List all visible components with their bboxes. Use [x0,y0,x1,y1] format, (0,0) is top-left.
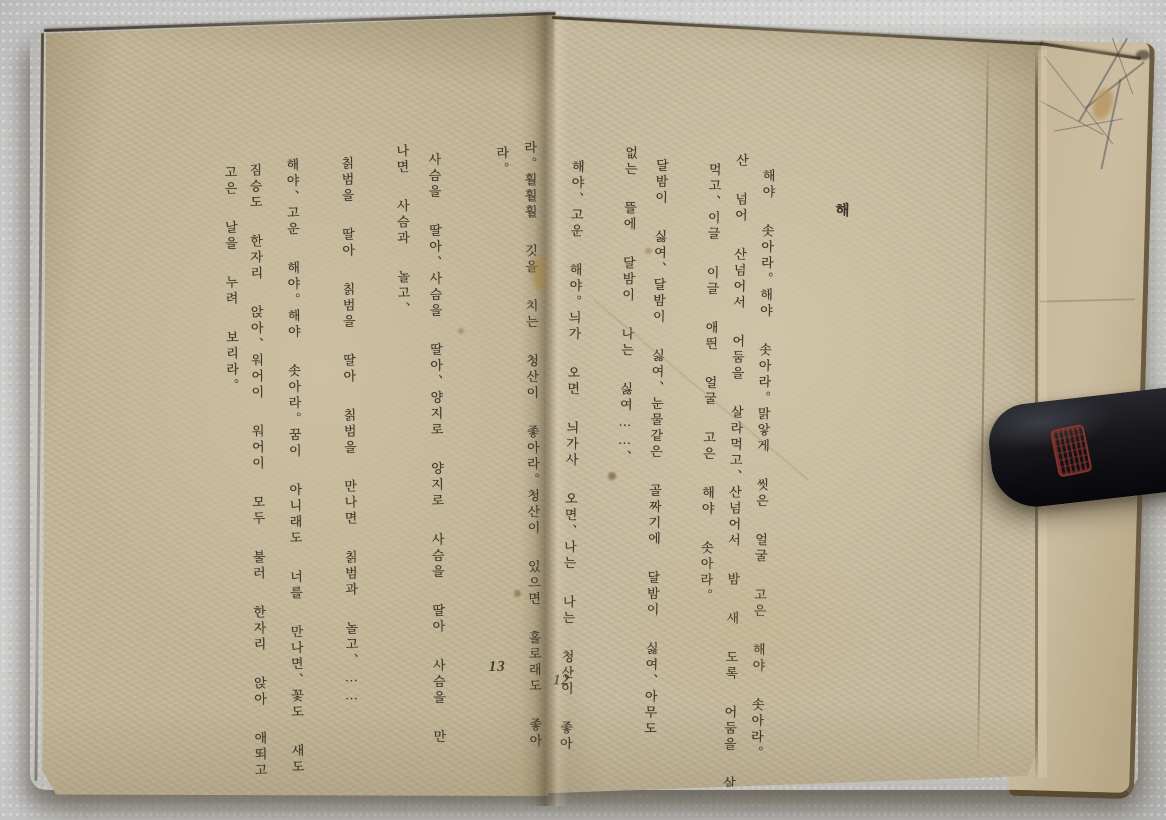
text-column: 라。 [491,146,511,178]
text-column: 짐승도 한자리 앉아、워어이 워어이 모두 불러 한자리 앉아 애뙤고 [244,163,269,779]
paper-stain [458,328,464,334]
text-column: 없는 뜰에 달밤이 나는 싫여……、 [614,146,641,466]
paper-stain [514,590,521,597]
poem-title: 해 [831,202,851,221]
text-column: 해야、고운 해야。해야 솟아라。꿈이 아니래도 너를 만나면、꽃도 새도 [281,158,306,776]
text-column: 사슴을 딸아、사슴을 딸아、양지로 양지로 사슴을 딸아 사슴을 만 [423,152,448,745]
photo-background: 해 해야 솟아라。해야 솟아라。맑앟게 씻은 얼굴 고은 해야 솟아라。 산 넘… [0,0,1166,820]
page-number: 13 [489,659,506,676]
paper-stain [645,248,652,254]
page-13: 라。훨훨훨 깃을 치는 청산이 좋아라。청산이 있으면 홀로래도 좋아 라。 사… [26,10,554,800]
red-seal-mark [1050,424,1093,478]
paper-stain [620,520,880,720]
paper-stain [608,472,616,480]
text-column: 고은 날을 누려 보리라。 [219,165,241,394]
text-column: 칡범을 딸아 칡범을 딸아 칡범을 만나면 칡범과 놀고、…… [336,156,361,705]
text-column: 나면 사슴과 놀고、 [391,144,413,318]
scribble-line [1054,118,1123,131]
book-gutter [521,12,569,806]
paper-stain [532,256,547,290]
